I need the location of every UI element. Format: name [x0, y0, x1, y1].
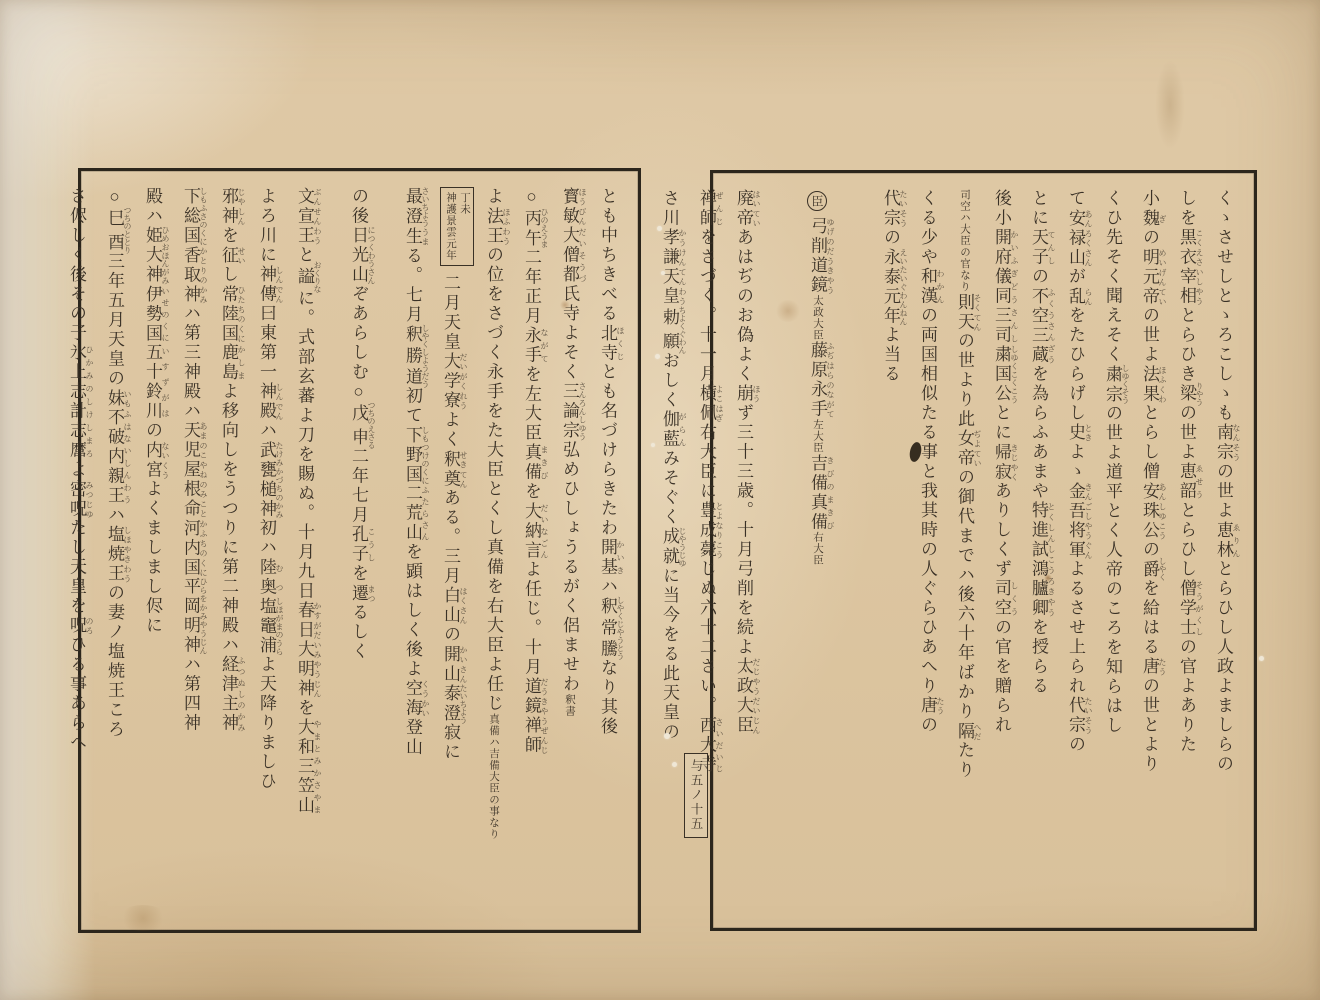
kanji-with-furigana: 黒衣宰相こくえさいしやう — [1177, 228, 1196, 306]
kanji-with-furigana: 恵林ゑりん — [1214, 521, 1233, 560]
text-run: の御代までハ後六十年ばかり — [955, 468, 974, 722]
text-run: しを — [1177, 189, 1196, 228]
text-run: ハ — [598, 577, 617, 597]
kanji-with-furigana: 大和三笠山やまとみかさやま — [295, 718, 314, 816]
kanji-with-furigana: 神傳しんでん — [257, 265, 276, 304]
text-run: 二月天皇 — [441, 274, 460, 352]
kanji-with-furigana: 天児屋根命あまのこやねのみこと — [181, 421, 200, 519]
right-page-frame: くゝさせしとゝろこしゝも南宗なんそうの世よ恵林ゑりんとらひし人政よましらのしを黒… — [710, 170, 1257, 931]
text-run: を — [219, 226, 238, 246]
text-run: たり — [955, 741, 974, 780]
kanji-with-furigana: 南宗なんそう — [1214, 423, 1233, 462]
boxed-era-note-line: 丁未 — [457, 192, 471, 261]
text-run: を — [349, 564, 368, 584]
kanji-with-furigana: 永手ながて — [522, 326, 541, 365]
kanji-with-furigana: 則天そくてん — [955, 293, 974, 332]
kanji-with-furigana: 鹿島かしま — [219, 343, 238, 382]
text-run: ハ第四神 — [181, 655, 200, 733]
kanji-with-furigana: 最澄さいちよう — [403, 187, 422, 227]
kanji-with-furigana: 空海くうかい — [403, 679, 422, 718]
text-run: くひ先そく聞えそく — [1103, 189, 1122, 365]
text-run: の — [918, 716, 937, 736]
text-run: を給はる — [1140, 579, 1159, 657]
text-run: 三年五月天皇の — [105, 252, 124, 389]
kanji-with-furigana: 内宮ないくう — [143, 441, 162, 480]
kanji-with-furigana: 大僧都だいそうづ — [560, 226, 579, 285]
text-run: ひる事あらへ — [67, 636, 86, 753]
kanji-with-furigana: 代宗たいそう — [1066, 696, 1085, 735]
left-page-frame: とも中ちきべる北寺ほくじとも名づけらきたわ開基かいきハ釈常騰しやくじやうとうなり… — [78, 168, 641, 933]
text-column: さ侭しく後その子氷上志計志麿ひかみのしけしまろよ密呪みつじゆたし天皇を呪のろひる… — [57, 187, 95, 918]
text-run: よ — [67, 460, 86, 480]
kanji-with-furigana: 謚おくりな — [295, 265, 314, 289]
text-column: 廃帝はいていあはぢのお偽よく崩ほうず三十三歳。十月弓削を続よ太政大臣だじやうだい… — [725, 189, 762, 916]
kanji-with-furigana: 法王ほふわう — [484, 207, 503, 246]
kanji-with-furigana: 帰寂きじやく — [992, 443, 1011, 482]
kanji-with-furigana: 平岡明神ひらをかみやうじん — [181, 577, 200, 655]
text-run: とも名づけらきたわ — [598, 363, 617, 539]
text-run: 弘めひしょうるがく侶ませわ — [560, 441, 579, 695]
kanji-with-furigana: 下野国しもつけのくに — [403, 426, 422, 485]
text-run: よ移向しをうつりに第二神殿ハ — [219, 382, 238, 655]
text-run: ず三十三歳。十月弓削を続よ — [734, 404, 753, 658]
text-column: くる少や和漢わかんの両国相似たる事と我其時の人ぐらひあへり唐たうの — [909, 189, 946, 916]
text-run: なり其後 — [598, 659, 617, 737]
kanji-with-furigana: 安禄山あんろくさん — [1066, 209, 1085, 268]
text-run: 寂に — [441, 723, 460, 762]
text-run: ハ — [257, 421, 276, 441]
kanji-with-furigana: 大学寮だいがくれう — [441, 352, 460, 411]
text-run: よ任じ。十月 — [522, 560, 541, 677]
kanji-with-furigana: 勅願ちよくぐわん — [660, 306, 679, 352]
text-column: さ川孝謙天皇かうけんてんわう勅願ちよくぐわんおしく伽藍がらんみそぐく成就じやうじ… — [651, 189, 688, 916]
kanji-with-furigana: 神殿しんでん — [257, 382, 276, 421]
kanji-with-furigana: 伽藍がらん — [660, 410, 679, 449]
text-run: ハ第三神殿ハ — [181, 304, 200, 421]
text-run: ぞあらしむ — [349, 285, 368, 383]
text-column: くゝさせしとゝろこしゝも南宗なんそうの世よ恵林ゑりんとらひし人政よましらの — [1205, 189, 1242, 916]
kanji-with-furigana: 大納言だいなごん — [522, 502, 541, 561]
text-column: 最澄さいちよう生うまる。七月釈勝道しやくしようだう初て下野国しもつけのくに二荒山… — [393, 187, 431, 918]
text-run: さ侭しく後その子 — [67, 187, 86, 343]
text-column: 後小開府儀同三司かいふぎどうさんし粛国公しゆくこくこうとに帰寂きじやくありしくず… — [983, 189, 1020, 916]
text-run: る。七月 — [403, 247, 422, 325]
kanji-with-furigana: 孝謙天皇かうけんてんわう — [660, 228, 679, 306]
kanji-with-furigana: 釈勝道しやくしようだう — [403, 325, 422, 387]
text-column: 邪神じやしんを征せいし常陸国ひたちのくに鹿島かしまよ移向しをうつりに第二神殿ハ経… — [209, 187, 247, 918]
text-run: に。式部玄蕃よ刀を賜ぬ。十月九日 — [295, 289, 314, 601]
paper-speck — [672, 762, 677, 767]
kanji-with-furigana: 呪のろ — [67, 616, 86, 636]
text-run: の世よ — [1214, 462, 1233, 521]
text-run: の世とより — [1140, 677, 1159, 775]
kanji-with-furigana: 常陸国ひたちのくに — [219, 285, 238, 344]
paper-speck — [651, 443, 655, 447]
kanji-with-furigana: 豊成とよなり — [697, 501, 716, 540]
interlinear-note: 右大臣 — [812, 532, 823, 567]
text-column: 代宗たいそうの永泰元年えいたいぐわんねんよ当る — [872, 189, 909, 916]
kanji-with-furigana: 北寺ほくじ — [598, 324, 617, 363]
kanji-with-furigana: 不空三蔵ふくうさんざう — [1029, 287, 1048, 365]
text-column: くひ先そく聞えそく粛宗しゆくそうの世よ道平とく人帝のころを知らはし — [1094, 189, 1131, 916]
foxing-stain — [1155, 60, 1185, 150]
text-run: よく — [441, 411, 460, 450]
text-column: ○巳酉つちのととり三年五月天皇の妹いも不破内親王ふはないしんわうハ塩焼王しほやき… — [95, 187, 133, 918]
text-column: よ法王ほふわうの位をさづく永手をた大臣とくし真備を右大臣よ任じ真備ハ吉備大臣の事… — [474, 187, 512, 918]
text-run: をさづく。十一月 — [697, 228, 716, 384]
text-run: たし天皇を — [67, 519, 86, 617]
text-run: 右大臣に — [697, 423, 716, 501]
paper-speck — [657, 226, 662, 231]
text-run: 殿ハ — [143, 187, 162, 226]
text-run: ありしくず — [992, 482, 1011, 580]
kanji-with-furigana: 二荒山ふたらさん — [403, 484, 422, 543]
kanji-with-furigana: 塩竈浦しほがまのうら — [257, 597, 276, 656]
kanji-with-furigana: 爵しやく — [1140, 560, 1159, 580]
text-run: を — [295, 699, 314, 719]
text-run: の官よありた — [1177, 638, 1196, 755]
kanji-with-furigana: 三論宗さんろんしゆう — [560, 382, 579, 441]
text-run: るしく — [349, 603, 368, 662]
kanji-with-furigana: 弓削道鏡ゆげのだうきやう — [808, 217, 827, 295]
kanji-with-furigana: 藤原永手ふぢはらのながて — [808, 341, 827, 419]
text-run: 初ハ — [257, 519, 276, 558]
kanji-with-furigana: 下総国しもふさのくに — [181, 187, 200, 246]
text-run: 氏寺よそく — [560, 285, 579, 383]
text-run: くる少や — [918, 189, 937, 267]
kanji-with-furigana: 開府儀同三司かいふぎどうさんし — [992, 228, 1011, 345]
kanji-with-furigana: 粛国公しゆくこくこう — [992, 345, 1011, 404]
kanji-with-furigana: 陸奥むつ — [257, 558, 276, 597]
kanji-with-furigana: 梁りやう — [1177, 384, 1196, 404]
text-run: の両国相似たる事と我其時の人ぐらひあへり — [918, 306, 937, 696]
kanji-with-furigana: 隔へだ — [955, 722, 974, 742]
kanji-with-furigana: 河内国かふちのくに — [181, 519, 200, 578]
text-column: ○丙午ひのえうま二年正月永手ながてを左大臣真備まきびを大納言だいなごんよ任じ。十… — [512, 187, 550, 918]
text-run: を左大臣 — [522, 365, 541, 443]
text-run: し — [219, 265, 238, 285]
text-run: よくましまし侭に — [143, 480, 162, 636]
text-run: みそぐく — [660, 449, 679, 527]
kanji-with-furigana: 僧学士そうがくし — [1177, 579, 1196, 638]
kanji-with-furigana: 不破内親王ふはないしんわう — [105, 408, 124, 506]
interlinear-note: 真備ハ吉備大臣の事なり — [488, 714, 499, 841]
text-run: じぬ六十二さい。 — [697, 560, 716, 716]
kanji-with-furigana: 巳酉つちのととり — [105, 209, 124, 253]
kanji-with-furigana: 塩焼王しほやきわう — [105, 525, 124, 584]
kanji-with-furigana: 薨こう — [697, 540, 716, 560]
kanji-with-furigana: 明元帝めいげんてい — [1140, 248, 1159, 307]
text-run: の — [143, 421, 162, 441]
kanji-with-furigana: 武甕槌神たけみかづちのかみ — [257, 441, 276, 519]
text-run: おしく — [660, 352, 679, 411]
interlinear-note: 左大臣 — [812, 419, 823, 454]
text-run: の — [1140, 228, 1159, 248]
kanji-with-furigana: 道鏡禅師だうきやうぜんじ — [522, 677, 541, 755]
text-run: の官を贈られ — [992, 618, 1011, 735]
text-run: とらひし — [1177, 501, 1196, 579]
boxed-era-note: 丁未神護景雲元年 — [440, 187, 474, 266]
text-run: とに — [1029, 189, 1048, 228]
text-column: 丁未神護景雲元年二月天皇大学寮だいがくれうよく釈奠せきてんある。三月白山はくさん… — [431, 187, 474, 918]
text-column: 殿ハ姫大神ひめおほんがみ伊勢国いせのくに五十鈴川いすずがはの内宮ないくうよくまし… — [133, 187, 171, 918]
text-run: の — [441, 625, 460, 645]
text-run: あはぢのお偽よく — [734, 228, 753, 384]
kanji-with-furigana: 寳敏ほうびん — [560, 187, 579, 226]
circled-marker: 臣 — [807, 191, 827, 211]
paper-speck — [1259, 656, 1264, 661]
kanji-with-furigana: 経津主神ふつぬしのかみ — [219, 655, 238, 733]
kanji-with-furigana: 崩ほう — [734, 384, 753, 404]
text-column: よろ川に神傳しんでん曰東第一神殿しんでんハ武甕槌神たけみかづちのかみ初ハ陸奥むつ… — [247, 187, 285, 918]
paper-speck — [655, 354, 660, 359]
text-column: とに天子てんしの不空三蔵ふくうさんざうを為らふあまや特進試鴻臚卿とくしんしこうろ… — [1020, 189, 1057, 916]
text-column: 臣弓削道鏡ゆげのだうきやう太政大臣藤原永手ふぢはらのながて左大臣吉備真備きびのま… — [762, 189, 872, 916]
text-run: くゝさせしとゝろこしゝも — [1214, 189, 1233, 423]
kanji-with-furigana: 孔子こうし — [349, 525, 368, 564]
kanji-with-furigana: 釈常騰しやくじやうとう — [598, 597, 617, 659]
kanji-with-furigana: 唐たう — [918, 696, 937, 716]
kanji-with-furigana: 征せい — [219, 246, 238, 266]
kanji-with-furigana: 法果ほふくわ — [1140, 365, 1159, 404]
kanji-with-furigana: 天子てんし — [1029, 228, 1048, 267]
text-run: よるさせ上られ — [1066, 560, 1085, 697]
kanji-with-furigana: 和漢わかん — [918, 267, 937, 306]
text-column: 寳敏ほうびん大僧都だいそうづ氏寺よそく三論宗さんろんしゆう弘めひしょうるがく侶ま… — [550, 187, 588, 918]
text-run: ハ — [105, 506, 124, 526]
text-run: を授らる — [1029, 618, 1048, 696]
text-run: よ天降りましひ — [257, 655, 276, 792]
text-run: 後小 — [992, 189, 1011, 228]
kanji-with-furigana: 太政大臣だじやうだいじん — [734, 657, 753, 735]
kanji-with-furigana: 文宣王ぶんせんわう — [295, 187, 314, 246]
text-run: の妻ノ塩焼王ころ — [105, 584, 124, 740]
fascicle-page-label: 与五ノ十五 — [684, 753, 708, 838]
kanji-with-furigana: 姫大神ひめおほんがみ — [143, 226, 162, 285]
text-run: を顕はしく後よ — [403, 543, 422, 680]
kanji-with-furigana: 開山かいさん — [441, 645, 460, 684]
text-run: よ — [484, 187, 503, 207]
interlinear-note: 釈書 — [564, 694, 575, 717]
kanji-with-furigana: 五十鈴川いすずがは — [143, 343, 162, 421]
kanji-with-furigana: 横佩よこはぎ — [697, 384, 716, 423]
text-run: 初て — [403, 387, 422, 426]
kanji-with-furigana: 邪神じやしん — [219, 187, 238, 226]
kanji-with-furigana: 戊申つちのえさる — [349, 404, 368, 448]
kanji-with-furigana: 魏ぎ — [1140, 209, 1159, 229]
kanji-with-furigana: 丙午ひのえうま — [522, 209, 541, 249]
text-run: 小 — [1140, 189, 1159, 209]
text-run: の — [1029, 267, 1048, 287]
text-column: 下総国しもふさのくに香取神かとりのかみハ第三神殿ハ天児屋根命あまのこやねのみこと… — [171, 187, 209, 918]
text-run: とらひき — [1177, 306, 1196, 384]
kanji-with-furigana: 妹いも — [105, 389, 124, 409]
kanji-with-furigana: 乱らん — [1066, 287, 1085, 307]
kanji-with-furigana: 唐たう — [1140, 657, 1159, 677]
kanji-with-furigana: 真備まきび — [522, 443, 541, 482]
text-run: さ川 — [660, 189, 679, 228]
paper-speck — [661, 271, 665, 275]
text-run: の — [881, 228, 900, 248]
kanji-with-furigana: 司空しくう — [992, 579, 1011, 618]
text-run: に当今をる此天皇の — [660, 567, 679, 743]
text-run: よ当る — [881, 326, 900, 385]
text-run: 曰東第一 — [257, 304, 276, 382]
kanji-with-furigana: 粛宗しゆくそう — [1103, 365, 1122, 405]
text-column: とも中ちきべる北寺ほくじとも名づけらきたわ開基かいきハ釈常騰しやくじやうとうなり… — [588, 187, 626, 918]
kanji-with-furigana: 恵韶ゑせう — [1177, 462, 1196, 501]
kanji-with-furigana: 安珠公あんしゆこう — [1140, 482, 1159, 541]
kanji-with-furigana: 生うま — [403, 227, 422, 247]
text-run: を為らふあまや — [1029, 365, 1048, 502]
boxed-era-note-line: 神護景雲元年 — [443, 192, 457, 261]
kanji-with-furigana: 泰澄たいちよう — [441, 684, 460, 724]
text-run: の世よ — [1140, 306, 1159, 365]
text-run: て — [1066, 189, 1085, 209]
text-column: しを黒衣宰相こくえさいしやうとらひき梁りやうの世よ恵韶ゑせうとらひし僧学士そうが… — [1168, 189, 1205, 916]
text-run: の世より此 — [955, 332, 974, 430]
kanji-with-furigana: 春日大明神かすがだいみやうじん — [295, 601, 314, 699]
text-run: の位をさづく永手をた大臣とくし真備を右大臣よ任じ — [484, 246, 503, 714]
kanji-with-furigana: 開基かいき — [598, 538, 617, 577]
text-run: ある。三月 — [441, 489, 460, 587]
kanji-with-furigana: 成就じやうじゆ — [660, 527, 679, 567]
text-run: とらひし人政よましらの — [1214, 560, 1233, 775]
text-column: 司空ハ大臣の官なり則天そくてんの世より此女帝ぢよていの御代までハ後六十年ばかり隔… — [946, 189, 983, 916]
text-run: の世よ道平とく人帝のころを知らはし — [1103, 404, 1122, 736]
text-run: の世よ — [1177, 404, 1196, 463]
kanji-with-furigana: 香取神かとりのかみ — [181, 246, 200, 305]
paper-speck — [664, 733, 670, 739]
kanji-with-furigana: 釈奠せきてん — [441, 450, 460, 489]
text-run: とも中ちきべる — [598, 187, 617, 324]
kanji-with-furigana: 金吾将軍きんごしやうぐん — [1066, 482, 1085, 560]
text-run: ○ — [522, 187, 541, 209]
text-run: よゝ — [1066, 443, 1085, 482]
text-run: の後 — [349, 187, 368, 226]
kanji-with-furigana: 特進試鴻臚卿とくしんしこうろきやう — [1029, 501, 1048, 618]
text-run: 二年七月 — [349, 447, 368, 525]
kanji-with-furigana: 禅師ぜんじ — [697, 189, 716, 228]
text-run: 二年正月 — [522, 248, 541, 326]
kanji-with-furigana: 代宗たいそう — [881, 189, 900, 228]
kanji-with-furigana: 氷上志計志麿ひかみのしけしまろ — [67, 343, 86, 460]
text-run: を — [522, 482, 541, 502]
kanji-with-furigana: 女帝ぢよてい — [955, 429, 974, 468]
text-column: て安禄山あんろくさんが乱らんをたひらげし史ときよゝ金吾将軍きんごしやうぐんよるさ… — [1057, 189, 1094, 916]
text-run: とらし僧 — [1140, 404, 1159, 482]
text-column: 文宣王ぶんせんわうと謚おくりなに。式部玄蕃よ刀を賜ぬ。十月九日春日大明神かすがだ… — [285, 187, 323, 918]
kanji-with-furigana: 密呪みつじゆ — [67, 480, 86, 519]
interlinear-note: 司空ハ大臣の官なり — [959, 189, 970, 293]
text-run: をたひらげし — [1066, 306, 1085, 423]
text-column: の後日光山につくわうさんぞあらしむ○戊申つちのえさる二年七月孔子こうしを遷まつる… — [323, 187, 393, 918]
kanji-with-furigana: 遷まつ — [349, 584, 368, 604]
kanji-with-furigana: 伊勢国いせのくに — [143, 285, 162, 344]
kanji-with-furigana: 廃帝はいてい — [734, 189, 753, 228]
kanji-with-furigana: 日光山につくわうさん — [349, 226, 368, 285]
kanji-with-furigana: 史とき — [1066, 423, 1085, 443]
kanji-with-furigana: 吉備真備きびのまきび — [808, 454, 827, 532]
kanji-with-furigana: 永泰元年えいたいぐわんねん — [881, 248, 900, 326]
kanji-with-furigana: 白山はくさん — [441, 586, 460, 625]
interlinear-note: 太政大臣 — [812, 295, 823, 341]
text-run: よろ川に — [257, 187, 276, 265]
text-run: の — [1066, 735, 1085, 755]
text-run: 登山 — [403, 718, 422, 757]
scanned-book-spread: { "colors": { "paper": "#dfc9a6", "ink":… — [0, 0, 1320, 1000]
text-column: 小魏ぎの明元帝めいげんていの世よ法果ほふくわとらし僧安珠公あんしゆこうの爵しやく… — [1131, 189, 1168, 916]
text-run: とに — [992, 404, 1011, 443]
text-run: が — [1066, 267, 1085, 287]
